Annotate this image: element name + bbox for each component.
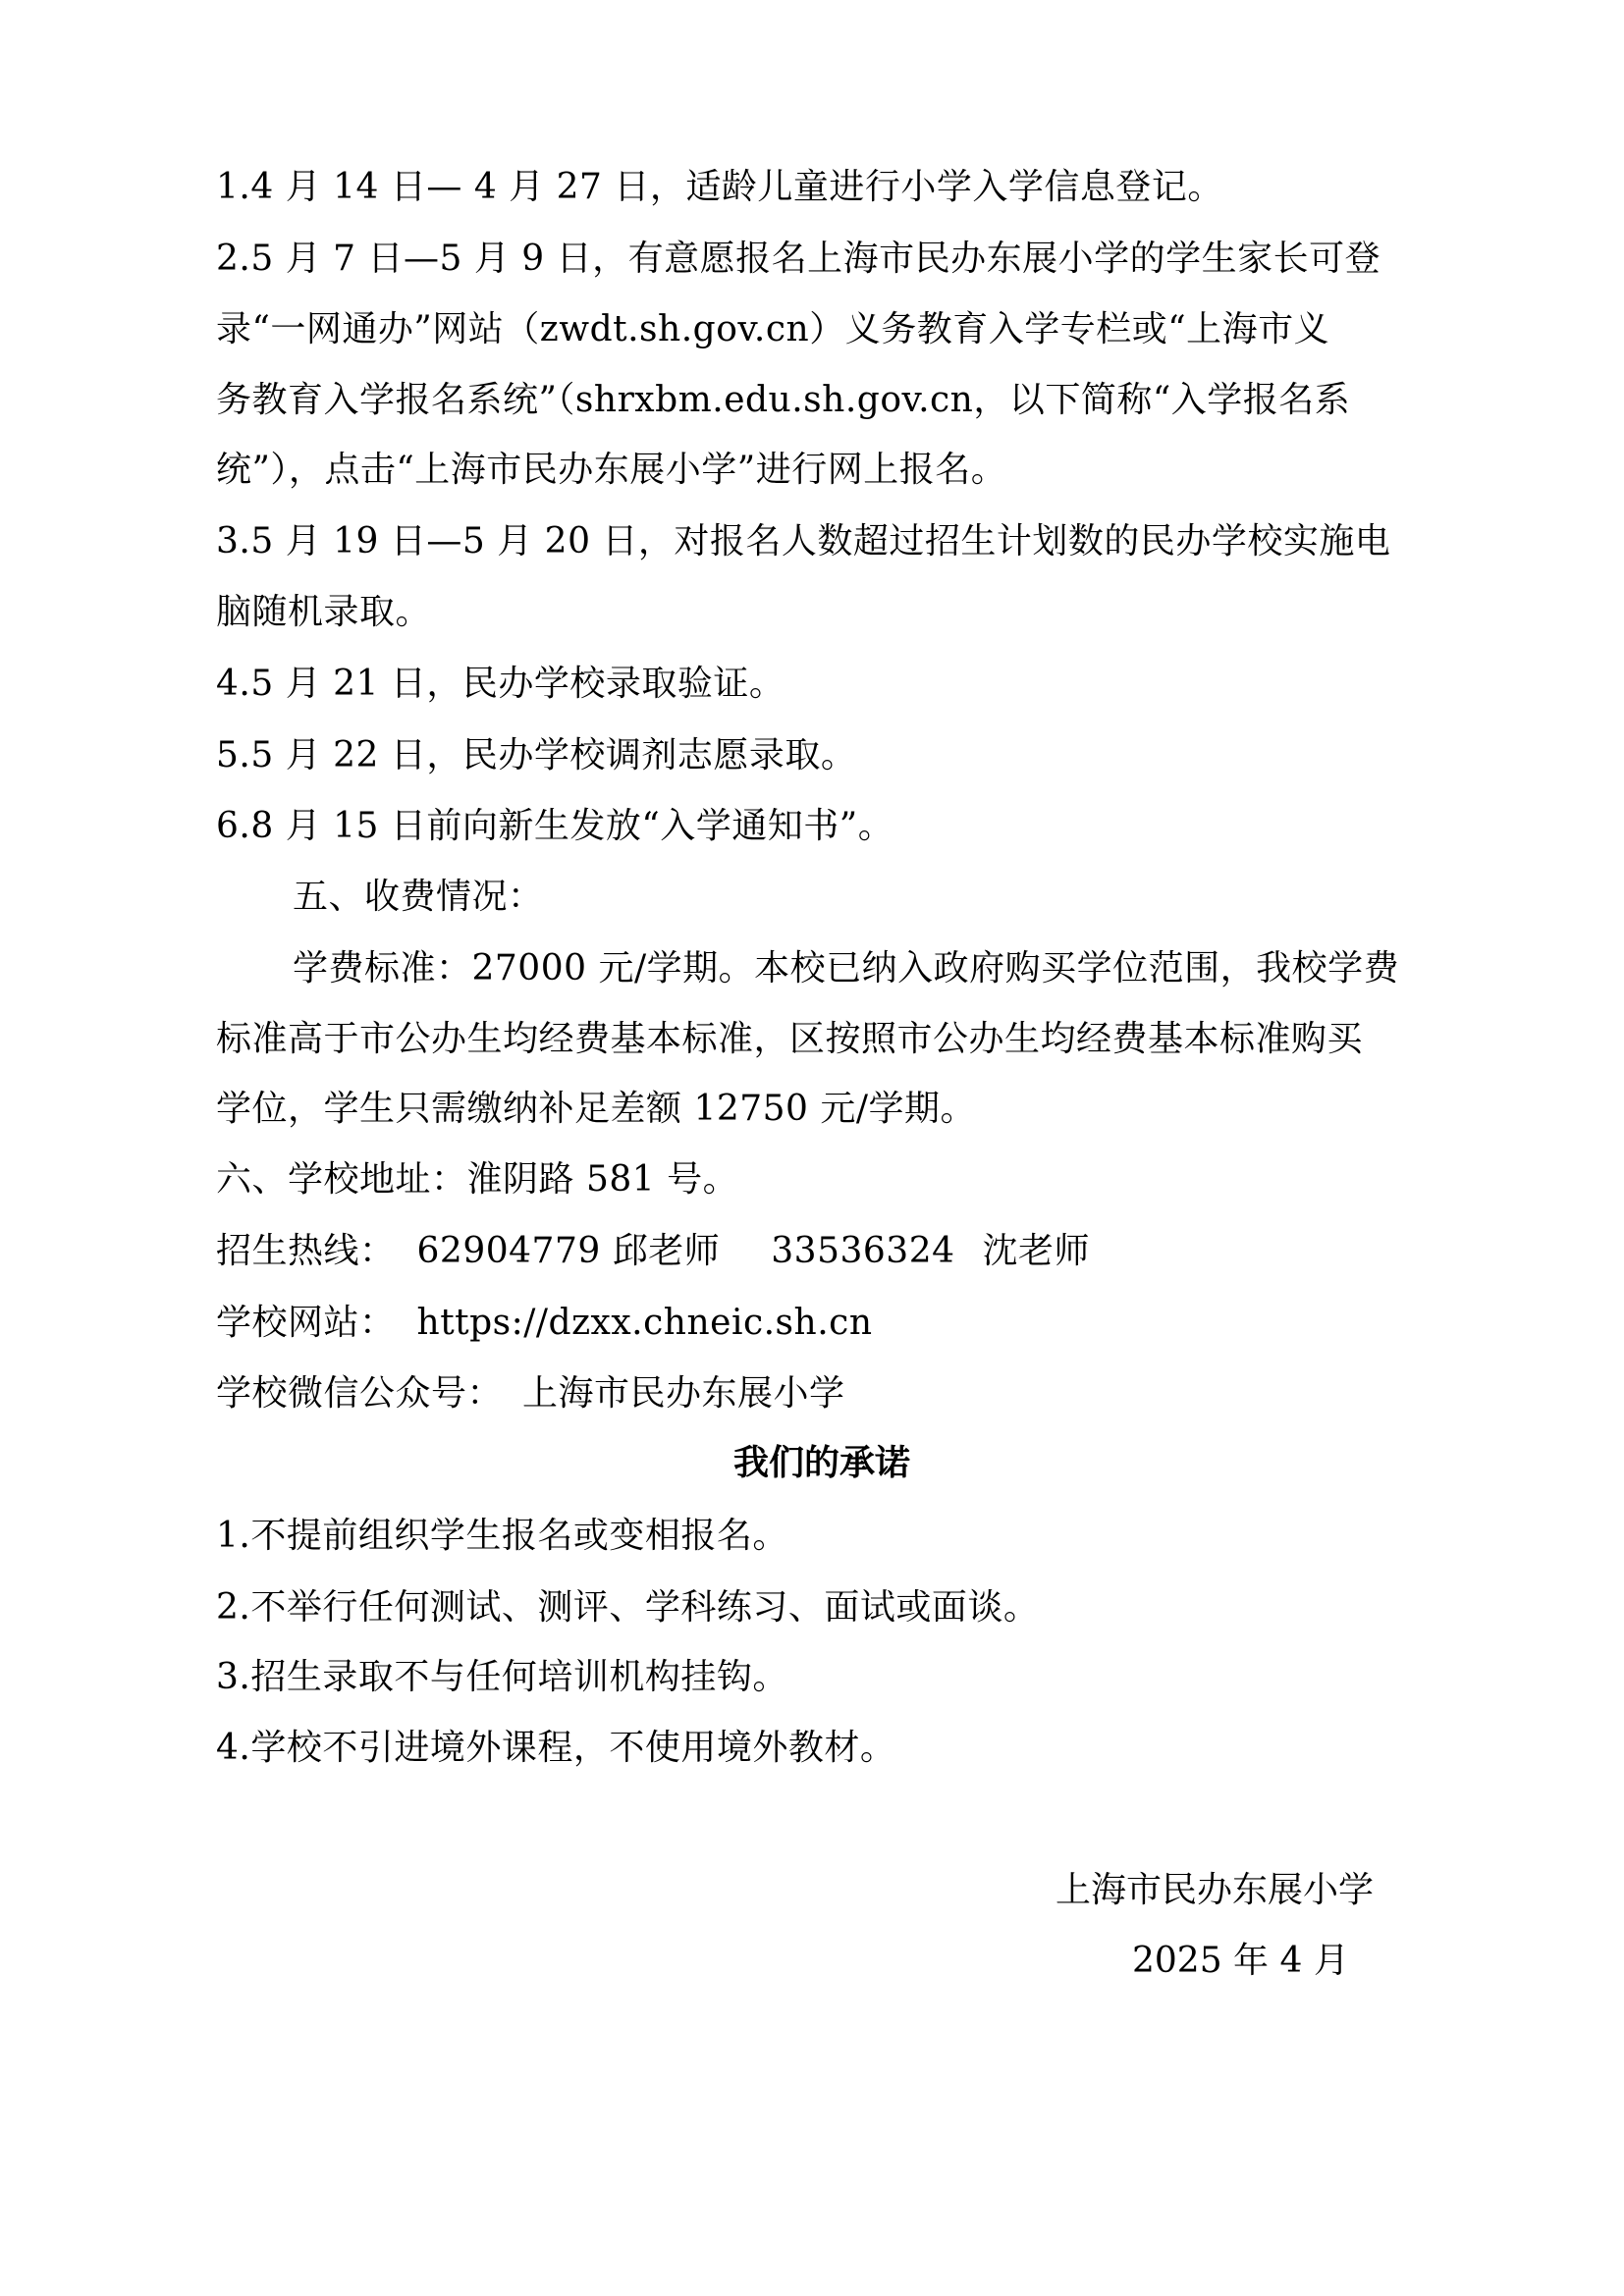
fees-paragraph-line-3: 学位，学生只需缴纳补足差额 12750 元/学期。 — [216, 1085, 1434, 1134]
hotline-1-number: 62904779 — [417, 1231, 601, 1271]
hotline-1-contact: 邱老师 — [613, 1231, 721, 1271]
hotline-2-contact: 沈老师 — [983, 1231, 1091, 1271]
fees-heading: 五、收费情况： — [293, 873, 1510, 922]
hotline-label: 招生热线： — [216, 1231, 396, 1271]
schedule-item-2-line-2: 录“一网通办”网站（zwdt.sh.gov.cn）义务教育入学专栏或“上海市义 — [216, 305, 1434, 354]
wechat-label: 学校微信公众号： — [216, 1373, 503, 1414]
schedule-item-4: 4.5 月 21 日，民办学校录取验证。 — [216, 660, 1434, 709]
schedule-item-1: 1.4 月 14 日— 4 月 27 日，适龄儿童进行小学入学信息登记。 — [216, 163, 1434, 212]
schedule-item-2-line-4: 统”），点击“上海市民办东展小学”进行网上报名。 — [216, 446, 1434, 495]
schedule-item-2-line-1: 2.5 月 7 日—5 月 9 日，有意愿报名上海市民办东展小学的学生家长可登 — [216, 235, 1434, 284]
website-label: 学校网站： — [216, 1303, 396, 1343]
hotline-row: 招生热线：62904779邱老师33536324沈老师 — [216, 1227, 1434, 1276]
schedule-item-6: 6.8 月 15 日前向新生发放“入学通知书”。 — [216, 802, 1434, 851]
document-page: 1.4 月 14 日— 4 月 27 日，适龄儿童进行小学入学信息登记。 2.5… — [0, 0, 1624, 2296]
schedule-item-3-line-2: 脑随机录取。 — [216, 588, 1434, 637]
signature-date: 2025 年 4 月 — [1132, 1937, 1349, 1986]
wechat-account-name: 上海市民办东展小学 — [522, 1373, 845, 1414]
schedule-item-3-line-1: 3.5 月 19 日—5 月 20 日，对报名人数超过招生计划数的民办学校实施电 — [216, 517, 1434, 566]
school-address: 六、学校地址：淮阴路 581 号。 — [216, 1155, 1434, 1204]
website-url: https://dzxx.chneic.sh.cn — [417, 1303, 873, 1343]
commitments-title: 我们的承诺 — [0, 1439, 1624, 1488]
commitment-item-2: 2.不举行任何测试、测评、学科练习、面试或面谈。 — [216, 1583, 1434, 1632]
commitment-item-1: 1.不提前组织学生报名或变相报名。 — [216, 1512, 1434, 1561]
fees-paragraph-line-2: 标准高于市公办生均经费基本标准，区按照市公办生均经费基本标准购买 — [216, 1015, 1434, 1064]
wechat-row: 学校微信公众号：上海市民办东展小学 — [216, 1369, 1434, 1418]
fees-paragraph-line-1: 学费标准：27000 元/学期。本校已纳入政府购买学位范围，我校学费 — [293, 944, 1434, 993]
schedule-item-5: 5.5 月 22 日，民办学校调剂志愿录取。 — [216, 731, 1434, 780]
schedule-item-2-line-3: 务教育入学报名系统”（shrxbm.edu.sh.gov.cn，以下简称“入学报… — [216, 376, 1434, 425]
commitment-item-3: 3.招生录取不与任何培训机构挂钩。 — [216, 1653, 1434, 1702]
website-row: 学校网站：https://dzxx.chneic.sh.cn — [216, 1299, 1434, 1348]
commitment-item-4: 4.学校不引进境外课程，不使用境外教材。 — [216, 1724, 1434, 1773]
signature-school-name: 上海市民办东展小学 — [1056, 1866, 1374, 1915]
hotline-2-number: 33536324 — [771, 1231, 954, 1271]
